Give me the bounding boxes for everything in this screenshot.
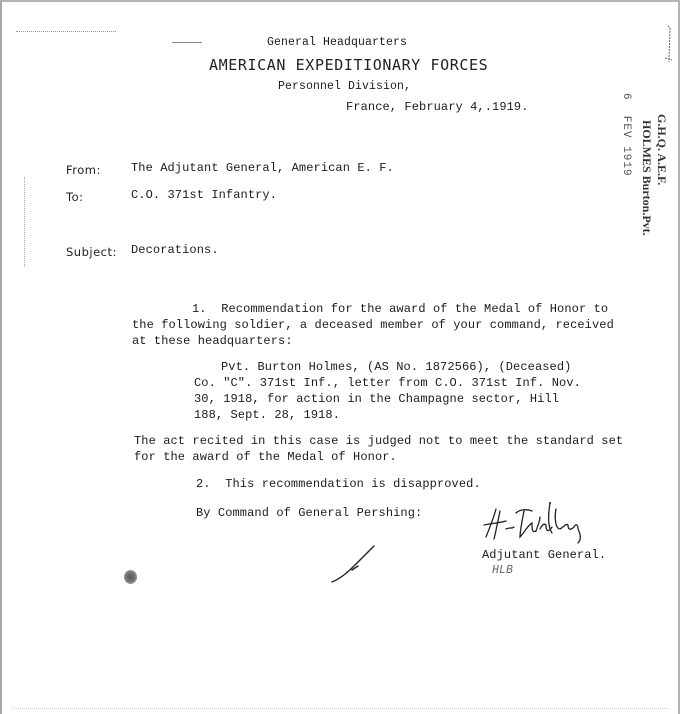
- para1-line3: at these headquarters:: [132, 334, 293, 348]
- ink-blot: [124, 570, 137, 584]
- para1-line2: the following soldier, a deceased member…: [132, 318, 614, 332]
- signature-title: Adjutant General.: [482, 548, 606, 562]
- margin-stamp-line2: HOLMES Burton.Pvt.: [639, 120, 654, 236]
- subject-value: Decorations.: [131, 243, 219, 257]
- para2: 2. This recommendation is disapproved.: [196, 477, 481, 491]
- citation-line2: Co. "C". 371st Inf., letter from C.O. 37…: [194, 376, 581, 390]
- document-page: General Headquarters AMERICAN EXPEDITION…: [0, 0, 680, 714]
- closing-line: By Command of General Pershing:: [196, 506, 422, 520]
- signature-handwritten: [480, 499, 600, 549]
- scan-artifact: [172, 42, 202, 43]
- to-label: To:: [66, 190, 83, 204]
- letterhead-ghq: General Headquarters: [267, 36, 407, 49]
- received-date-stamp: 6 FEV 1919: [620, 93, 632, 177]
- letterhead-division: Personnel Division,: [278, 80, 411, 93]
- scan-artifact: [24, 177, 25, 267]
- para1-line1: 1. Recommendation for the award of the M…: [192, 302, 608, 316]
- margin-mark-icon: [662, 24, 678, 64]
- citation-line1: Pvt. Burton Holmes, (AS No. 1872566), (D…: [221, 360, 571, 374]
- margin-stamp-line1: G.H.Q. A.E.F.: [654, 114, 669, 185]
- finding-line1: The act recited in this case is judged n…: [134, 434, 623, 448]
- finding-line2: for the award of the Medal of Honor.: [134, 450, 397, 464]
- dateline: France, February 4,.1919.: [346, 100, 529, 114]
- citation-line4: 188, Sept. 28, 1918.: [194, 408, 340, 422]
- to-value: C.O. 371st Infantry.: [131, 188, 277, 202]
- pen-mark: [328, 540, 380, 586]
- signature-initials: HLB: [492, 564, 513, 577]
- from-value: The Adjutant General, American E. F.: [131, 161, 394, 175]
- letterhead-aef: AMERICAN EXPEDITIONARY FORCES: [209, 56, 488, 74]
- from-label: From:: [66, 163, 101, 177]
- scan-artifact: [12, 708, 667, 709]
- subject-label: Subject:: [66, 245, 117, 259]
- scan-artifact: [16, 31, 116, 32]
- citation-line3: 30, 1918, for action in the Champagne se…: [194, 392, 559, 406]
